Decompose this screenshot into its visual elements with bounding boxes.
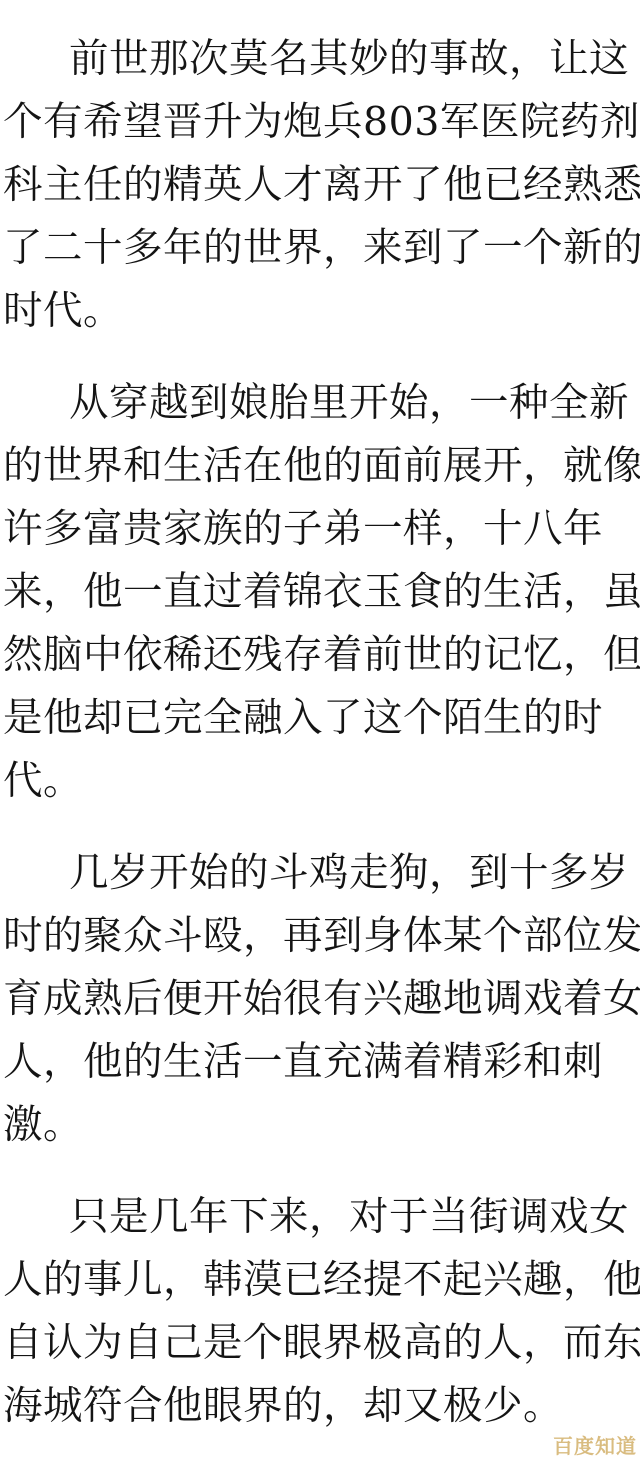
text-line: 科主任的精英人才离开了他已经熟悉 <box>3 154 640 217</box>
paragraph: 几岁开始的斗鸡走狗，到十多岁时的聚众斗殴，再到身体某个部位发育成熟后便开始很有兴… <box>3 842 640 1157</box>
text-line: 的世界和生活在他的面前展开，就像 <box>3 435 640 498</box>
text-line: 人，他的生活一直充满着精彩和刺 <box>3 1031 640 1094</box>
paragraph: 前世那次莫名其妙的事故，让这个有希望晋升为炮兵803军医院药剂科主任的精英人才离… <box>3 28 640 343</box>
text-line: 然脑中依稀还残存着前世的记忆，但 <box>3 624 640 687</box>
baidu-zhidao-watermark: 百度知道 <box>553 1430 637 1459</box>
text-line: 时代。 <box>3 280 640 343</box>
ebook-page: 前世那次莫名其妙的事故，让这个有希望晋升为炮兵803军医院药剂科主任的精英人才离… <box>0 0 640 1464</box>
text-line: 自认为自己是个眼界极高的人，而东 <box>3 1312 640 1375</box>
text-line: 从穿越到娘胎里开始，一种全新 <box>3 372 640 435</box>
text-line: 许多富贵家族的子弟一样，十八年 <box>3 498 640 561</box>
novel-text-body: 前世那次莫名其妙的事故，让这个有希望晋升为炮兵803军医院药剂科主任的精英人才离… <box>3 28 640 1438</box>
paragraph: 从穿越到娘胎里开始，一种全新的世界和生活在他的面前展开，就像许多富贵家族的子弟一… <box>3 372 640 813</box>
text-line: 来，他一直过着锦衣玉食的生活，虽 <box>3 561 640 624</box>
text-line: 只是几年下来，对于当街调戏女 <box>3 1186 640 1249</box>
text-line: 代。 <box>3 750 640 813</box>
paragraph: 只是几年下来，对于当街调戏女人的事儿，韩漠已经提不起兴趣，他自认为自己是个眼界极… <box>3 1186 640 1438</box>
text-line: 激。 <box>3 1094 640 1157</box>
text-line: 几岁开始的斗鸡走狗，到十多岁 <box>3 842 640 905</box>
text-line: 育成熟后便开始很有兴趣地调戏着女 <box>3 968 640 1031</box>
text-line: 个有希望晋升为炮兵803军医院药剂 <box>3 91 640 154</box>
text-line: 前世那次莫名其妙的事故，让这 <box>3 28 640 91</box>
text-line: 海城符合他眼界的，却又极少。 <box>3 1375 640 1438</box>
text-line: 是他却已完全融入了这个陌生的时 <box>3 687 640 750</box>
text-line: 时的聚众斗殴，再到身体某个部位发 <box>3 905 640 968</box>
text-line: 了二十多年的世界，来到了一个新的 <box>3 217 640 280</box>
text-line: 人的事儿，韩漠已经提不起兴趣，他 <box>3 1249 640 1312</box>
